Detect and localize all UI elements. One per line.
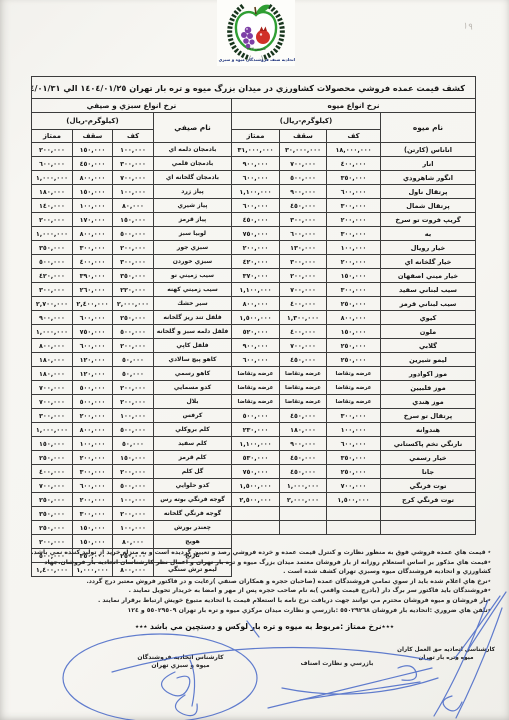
fruit-premium-cell: ٥٢٠,٠٠٠ bbox=[232, 325, 280, 339]
signature-label-sellers-union-expert: كارشناس اتحاديه فروشندگان ميوه و سبزي ته… bbox=[118, 654, 243, 670]
veg-name-cell: گوجه فرنگي گلخانه bbox=[154, 507, 232, 521]
fruit-floor-cell bbox=[327, 521, 381, 535]
fruit-premium-cell: ٥٠٠,٠٠٠ bbox=[232, 409, 280, 423]
veg-ceiling-cell: ٢,٤٠٠,٠٠٠ bbox=[73, 297, 113, 311]
veg-name-cell: كاهو رسمي bbox=[154, 367, 232, 381]
table-row: چغندر بورش١٠٠,٠٠٠١٥٠,٠٠٠٢٥٠,٠٠٠ bbox=[31, 521, 475, 535]
veg-name-cell: كلم بروكلي bbox=[154, 423, 232, 437]
fruit-floor-cell: ٢٥٠,٠٠٠ bbox=[327, 465, 381, 479]
veg-floor-cell: ١٠٠,٠٠٠ bbox=[113, 493, 154, 507]
fruit-name-cell: موز فلبيين bbox=[381, 381, 476, 395]
fruit-floor-cell: ٢٥٠,٠٠٠ bbox=[327, 353, 381, 367]
table-row: پرتقال ناول٦٠٠,٠٠٠٩٠٠,٠٠٠١,١٠٠,٠٠٠پياز ز… bbox=[31, 185, 475, 199]
veg-floor-cell: ٢٠٠,٠٠٠ bbox=[113, 381, 154, 395]
fruit-name-cell: پرتقال ناول bbox=[381, 185, 476, 199]
fruit-floor-cell: ٣٥٠,٠٠٠ bbox=[327, 451, 381, 465]
veg-name-cell: بادمجان گلخانه اي bbox=[154, 171, 232, 185]
fruit-premium-cell: ١,٥٠٠,٠٠٠ bbox=[232, 311, 280, 325]
fruit-premium-cell: عرضه وتقاضا bbox=[232, 395, 280, 409]
veg-name-cell: كرفس bbox=[154, 409, 232, 423]
table-row: گوجه فرنگي گلخانه٢٠٠,٠٠٠٣٠٠,٠٠٠٣٥٠,٠٠٠ bbox=[31, 507, 475, 521]
veg-floor-cell: ٢٠٠,٠٠٠ bbox=[113, 395, 154, 409]
veg-ceiling-header: سقف bbox=[73, 130, 113, 143]
veg-name-cell: فلفل تند ريز گلخانه bbox=[154, 311, 232, 325]
fruit-ceiling-cell: ٧٠٠,٠٠٠ bbox=[280, 157, 327, 171]
fruit-premium-cell: ٤٥٠,٠٠٠ bbox=[232, 213, 280, 227]
veg-premium-cell: ١,٠٠٠,٠٠٠ bbox=[31, 227, 72, 241]
veg-ceiling-cell: ٦٠٠,٠٠٠ bbox=[73, 339, 113, 353]
fruit-name-cell: انار bbox=[381, 157, 476, 171]
table-row: موز هنديعرضه وتقاضاعرضه وتقاضاعرضه وتقاض… bbox=[31, 395, 475, 409]
fruit-premium-cell: ٧٥٠,٠٠٠ bbox=[232, 227, 280, 241]
fruit-premium-header: ممتاز bbox=[232, 130, 280, 143]
veg-ceiling-cell: ١٥٠,٠٠٠ bbox=[73, 535, 113, 549]
fruit-premium-cell: ١,١٠٠,٠٠٠ bbox=[232, 185, 280, 199]
signature-label-commission-agents-union: كارشناسي اتحاديه حق العمل كاران ميوه وتر… bbox=[392, 646, 500, 662]
veg-premium-cell: ١٨٠,٠٠٠ bbox=[31, 185, 72, 199]
fruit-name-cell: انگور شاهرودي bbox=[381, 171, 476, 185]
footnote-line: ٭تلفن هاي ضروري :اتحاديه بار فروشان ٥٥٠٢… bbox=[14, 606, 491, 616]
veg-floor-cell: ٥٠٠,٠٠٠ bbox=[113, 227, 154, 241]
fruit-premium-cell: ٢٠٠,٠٠٠ bbox=[232, 241, 280, 255]
fruit-ceiling-cell: ٤٠٠,٠٠٠ bbox=[280, 297, 327, 311]
veg-premium-cell: ١٨٠,٠٠٠ bbox=[31, 353, 72, 367]
veg-ceiling-cell: ٤٥٠,٠٠٠ bbox=[73, 157, 113, 171]
veg-premium-cell: ٤٢٠,٠٠٠ bbox=[31, 269, 72, 283]
veg-ceiling-cell: ١٢٠,٠٠٠ bbox=[73, 367, 113, 381]
fruit-premium-cell: ١,١٠٠,٠٠٠ bbox=[232, 437, 280, 451]
veg-floor-cell: ٧٠٠,٠٠٠ bbox=[113, 171, 154, 185]
veg-floor-cell: ١٠٠,٠٠٠ bbox=[113, 521, 154, 535]
veg-floor-cell: ١٠٠,٠٠٠ bbox=[113, 185, 154, 199]
veg-ceiling-cell: ١٢٠,٠٠٠ bbox=[73, 353, 113, 367]
table-row: خيار رسمي٣٥٠,٠٠٠٤٥٠,٠٠٠٥٣٠,٠٠٠كلم قرمز١٥… bbox=[31, 451, 475, 465]
fruit-ceiling-cell bbox=[280, 507, 327, 521]
fruit-floor-cell: ٤٠٠,٠٠٠ bbox=[327, 157, 381, 171]
fruit-floor-cell: ٨٠٠,٠٠٠ bbox=[327, 311, 381, 325]
fruit-ceiling-cell: ٤٥٠,٠٠٠ bbox=[280, 353, 327, 367]
fruit-premium-cell: ٣١,٠٠٠,٠٠٠ bbox=[232, 143, 280, 157]
signature-label-line: ميوه و سبزي تهران bbox=[118, 662, 243, 670]
veg-premium-cell: ١,٠٠٠,٠٠٠ bbox=[31, 423, 72, 437]
veg-name-cell: گل كلم bbox=[154, 465, 232, 479]
table-row: پرتقال تو سرخ٣٠٠,٠٠٠٤٥٠,٠٠٠٥٠٠,٠٠٠كرفس١٠… bbox=[31, 409, 475, 423]
veg-section-header: نرخ انواع سبزي و صيفي bbox=[31, 99, 231, 113]
veg-name-cell: فلفل كاپي bbox=[154, 339, 232, 353]
veg-floor-cell: ٢,٠٠٠,٠٠٠ bbox=[113, 297, 154, 311]
fruit-name-cell: اناناس (كارتن) bbox=[381, 143, 476, 157]
fruit-floor-cell: ١٠٠,٠٠٠ bbox=[327, 241, 381, 255]
logo-established-text: تاسيس ١٣٢٣ bbox=[217, 47, 295, 51]
veg-name-cell: سيب زميني كهنه bbox=[154, 283, 232, 297]
fruit-floor-cell: ٦٠٠,٠٠٠ bbox=[327, 185, 381, 199]
veg-unit-header: (كيلوگرم-ريال) bbox=[31, 113, 153, 130]
fruit-premium-cell: ٢٣٠,٠٠٠ bbox=[232, 423, 280, 437]
fruit-ceiling-cell: ٤٥٠,٠٠٠ bbox=[280, 409, 327, 423]
veg-premium-cell: ٢,٧٠٠,٠٠٠ bbox=[31, 297, 72, 311]
signature-label-line: ميوه وتره بار تهران bbox=[392, 654, 500, 662]
table-row: موز اكوادورعرضه وتقاضاعرضه وتقاضاعرضه وت… bbox=[31, 367, 475, 381]
veg-name-cell: پياز قرمز bbox=[154, 213, 232, 227]
veg-name-cell: بادمجان قلمي bbox=[154, 157, 232, 171]
logo-org-name: اتحاديه صنف فروشندگان ميوه و سبزي تهران bbox=[217, 57, 295, 62]
veg-name-cell: بلال bbox=[154, 395, 232, 409]
veg-premium-cell: ٢٥٠,٠٠٠ bbox=[31, 493, 72, 507]
veg-premium-cell: ٥٠٠,٠٠٠ bbox=[31, 255, 72, 269]
veg-premium-cell: ٦٠٠,٠٠٠ bbox=[31, 157, 72, 171]
fruit-name-cell: موز اكوادور bbox=[381, 367, 476, 381]
premium-rate-note: ٭٭٭نرخ ممتاز :مربوط به ميوه و تره بار لو… bbox=[90, 622, 439, 631]
veg-name-cell: فلفل دلمه سبز و گلخانه bbox=[154, 325, 232, 339]
veg-name-cell: چغندر بورش bbox=[154, 521, 232, 535]
veg-ceiling-cell: ١٠٠,٠٠٠ bbox=[73, 199, 113, 213]
fruit-name-cell: هندوانه bbox=[381, 423, 476, 437]
veg-premium-cell: ٧٠٠,٠٠٠ bbox=[31, 395, 72, 409]
veg-ceiling-cell: ٨٠٠,٠٠٠ bbox=[73, 171, 113, 185]
veg-floor-cell: ٢٠٠,٠٠٠ bbox=[113, 241, 154, 255]
veg-ceiling-cell: ١٠٠,٠٠٠ bbox=[73, 437, 113, 451]
fruit-name-cell: خيار ميني اصفهان bbox=[381, 269, 476, 283]
handwritten-page-number: ١٩ bbox=[447, 19, 488, 34]
fruit-premium-cell bbox=[232, 521, 280, 535]
veg-ceiling-cell: ٢٠٠,٠٠٠ bbox=[73, 409, 113, 423]
veg-premium-cell: ٢٠٠,٠٠٠ bbox=[31, 143, 72, 157]
fruit-floor-cell: ٧٠٠,٠٠٠ bbox=[327, 479, 381, 493]
veg-floor-cell: ٣٠٠,٠٠٠ bbox=[113, 255, 154, 269]
fruit-floor-cell: ٣٠٠,٠٠٠ bbox=[327, 283, 381, 297]
table-row: هويج٨٠,٠٠٠١٥٠,٠٠٠٢٠٠,٠٠٠ bbox=[31, 535, 475, 549]
fruit-name-cell: ملون bbox=[381, 325, 476, 339]
veg-name-cell: سبزي خوردن bbox=[154, 255, 232, 269]
veg-floor-cell: ٢٠٠,٠٠٠ bbox=[113, 339, 154, 353]
fruit-premium-cell: ٢,٥٠٠,٠٠٠ bbox=[232, 493, 280, 507]
veg-floor-cell: ٨٠,٠٠٠ bbox=[113, 199, 154, 213]
table-title: كشف قيمت عمده فروشي محصولات كشاورزي در م… bbox=[31, 77, 475, 99]
veg-premium-cell: ٢٥٠,٠٠٠ bbox=[31, 521, 72, 535]
veg-floor-cell: ٥٠٠,٠٠٠ bbox=[113, 325, 154, 339]
fruit-floor-cell: ٣٥٠,٠٠٠ bbox=[327, 171, 381, 185]
fruit-ceiling-cell: ٢٠٠,٠٠٠ bbox=[280, 269, 327, 283]
veg-ceiling-cell: ٣٠٠,٠٠٠ bbox=[73, 241, 113, 255]
table-row: به٣٠٠,٠٠٠٦٠٠,٠٠٠٧٥٠,٠٠٠لوبيا سبز٥٠٠,٠٠٠٨… bbox=[31, 227, 475, 241]
fruit-name-cell: به bbox=[381, 227, 476, 241]
price-table: كشف قيمت عمده فروشي محصولات كشاورزي در م… bbox=[31, 76, 476, 577]
veg-name-cell: پياز شيري bbox=[154, 199, 232, 213]
fruit-premium-cell: عرضه وتقاضا bbox=[232, 381, 280, 395]
veg-floor-cell: ٥٠,٠٠٠ bbox=[113, 437, 154, 451]
veg-floor-cell: ١٥٠,٠٠٠ bbox=[113, 451, 154, 465]
footnote-line: ٭ قيمت هاي عمده فروشي فوق به منظور نظارت… bbox=[14, 548, 491, 558]
fruit-floor-cell: ٣٠٠,٠٠٠ bbox=[327, 199, 381, 213]
fruit-floor-cell: ٣٠٠,٠٠٠ bbox=[327, 227, 381, 241]
fruit-ceiling-cell: ٤٥٠,٠٠٠ bbox=[280, 451, 327, 465]
table-row: گلابي٢٥٠,٠٠٠٧٠٠,٠٠٠٩٠٠,٠٠٠فلفل كاپي٢٠٠,٠… bbox=[31, 339, 475, 353]
table-row: پرتقال شمال٣٠٠,٠٠٠٤٥٠,٠٠٠٦٠٠,٠٠٠پياز شير… bbox=[31, 199, 475, 213]
fruit-name-cell: گلابي bbox=[381, 339, 476, 353]
veg-premium-cell: ٣٠٠,٠٠٠ bbox=[31, 409, 72, 423]
veg-ceiling-cell: ٧٥٠,٠٠٠ bbox=[73, 325, 113, 339]
fruit-floor-header: كف bbox=[327, 130, 381, 143]
fruit-ceiling-cell: ٩٠٠,٠٠٠ bbox=[280, 437, 327, 451]
scanned-price-list-page: تاسيس ١٣٢٣ اتحاديه صنف فروشندگان ميوه و … bbox=[0, 0, 509, 720]
fruit-name-column-header: نام ميوه bbox=[381, 113, 476, 143]
veg-ceiling-cell: ٢٠٠,٠٠٠ bbox=[73, 493, 113, 507]
table-row: خيار ميني اصفهان١٥٠,٠٠٠٢٠٠,٠٠٠٣٧٠,٠٠٠سيب… bbox=[31, 269, 475, 283]
table-row: خيار گلخانه اي٢٠٠,٠٠٠٣٠٠,٠٠٠٤٢٠,٠٠٠سبزي … bbox=[31, 255, 475, 269]
fruit-ceiling-cell bbox=[280, 521, 327, 535]
fruit-name-cell: سيب لبناني قرمز bbox=[381, 297, 476, 311]
fruit-ceiling-cell: ٣٠٠,٠٠٠ bbox=[280, 255, 327, 269]
veg-name-cell: پياز زرد bbox=[154, 185, 232, 199]
fruit-premium-cell: ٥٣٠,٠٠٠ bbox=[232, 451, 280, 465]
fruit-floor-cell: ١٨,٠٠٠,٠٠٠ bbox=[327, 143, 381, 157]
fruit-premium-cell: عرضه وتقاضا bbox=[232, 367, 280, 381]
fruit-ceiling-cell: ٤٥٠,٠٠٠ bbox=[280, 465, 327, 479]
veg-ceiling-cell: ١٧٠,٠٠٠ bbox=[73, 213, 113, 227]
fruit-ceiling-cell: ٤٠٠,٠٠٠ bbox=[280, 325, 327, 339]
table-row: جانا٢٥٠,٠٠٠٤٥٠,٠٠٠٧٥٠,٠٠٠گل كلم٢٠٠,٠٠٠٣٠… bbox=[31, 465, 475, 479]
fruit-ceiling-cell: ١٨٠,٠٠٠ bbox=[280, 423, 327, 437]
fruit-floor-cell: ٢٥٠,٠٠٠ bbox=[327, 339, 381, 353]
fruit-floor-cell: ١٥٠,٠٠٠ bbox=[327, 269, 381, 283]
fruit-side-absent bbox=[232, 535, 476, 549]
signature-label-guild-inspection: بازرسي و نظارت اصناف bbox=[282, 660, 392, 668]
fruit-premium-cell: ٤٢٠,٠٠٠ bbox=[232, 255, 280, 269]
veg-premium-cell: ١,٠٠٠,٠٠٠ bbox=[31, 171, 72, 185]
veg-name-cell: سيب زميني نو bbox=[154, 269, 232, 283]
fruit-floor-cell: ١٥٠,٠٠٠ bbox=[327, 325, 381, 339]
veg-name-cell: كلم سفيد bbox=[154, 437, 232, 451]
veg-premium-cell: ٣٥٠,٠٠٠ bbox=[31, 241, 72, 255]
veg-name-cell: بادمجان دلمه اي bbox=[154, 143, 232, 157]
veg-name-cell: كدو حلوايي bbox=[154, 479, 232, 493]
fruit-ceiling-cell: ١,٣٠٠,٠٠٠ bbox=[280, 311, 327, 325]
footnotes-block: ٭ قيمت هاي عمده فروشي فوق به منظور نظارت… bbox=[14, 548, 491, 615]
veg-ceiling-cell: ١٥٠,٠٠٠ bbox=[73, 143, 113, 157]
price-table-container: كشف قيمت عمده فروشي محصولات كشاورزي در م… bbox=[32, 76, 476, 577]
fruit-name-cell bbox=[381, 521, 476, 535]
fruit-ceiling-header: سقف bbox=[280, 130, 327, 143]
veg-premium-cell: ١٨٠,٠٠٠ bbox=[31, 367, 72, 381]
fruit-floor-cell: عرضه وتقاضا bbox=[327, 395, 381, 409]
veg-name-cell: هويج bbox=[154, 535, 232, 549]
fruit-name-cell: كيوي bbox=[381, 311, 476, 325]
veg-premium-cell: ٢٠٠,٠٠٠ bbox=[31, 213, 72, 227]
table-row: نارنگي تخم پاكستاني٦٠٠,٠٠٠٩٠٠,٠٠٠١,١٠٠,٠… bbox=[31, 437, 475, 451]
veg-floor-cell: ٥٠٠,٠٠٠ bbox=[113, 423, 154, 437]
fruit-name-cell: خيار رسمي bbox=[381, 451, 476, 465]
table-row: موز فلبيينعرضه وتقاضاعرضه وتقاضاعرضه وتق… bbox=[31, 381, 475, 395]
fruit-name-cell: ليمو شيرين bbox=[381, 353, 476, 367]
veg-premium-cell: ٢٠٠,٠٠٠ bbox=[31, 535, 72, 549]
footnote-line: ٭فروشندگان بايد فاكتور سر برگ دار (بادرج… bbox=[14, 586, 491, 596]
veg-floor-cell: ١٠٠,٠٠٠ bbox=[113, 143, 154, 157]
veg-floor-cell: ٥٠,٠٠٠ bbox=[113, 353, 154, 367]
veg-ceiling-cell: ١٥٠,٠٠٠ bbox=[73, 521, 113, 535]
veg-ceiling-cell: ٢٦٠,٠٠٠ bbox=[73, 283, 113, 297]
fruit-premium-cell: ٧٥٠,٠٠٠ bbox=[232, 465, 280, 479]
veg-ceiling-cell: ٥٠٠,٠٠٠ bbox=[73, 395, 113, 409]
veg-floor-cell: ٣٠٠,٠٠٠ bbox=[113, 157, 154, 171]
signature-label-line: كارشناس اتحاديه فروشندگان bbox=[118, 654, 243, 662]
fruit-floor-cell: عرضه وتقاضا bbox=[327, 367, 381, 381]
veg-name-cell: لوبيا سبز bbox=[154, 227, 232, 241]
fruit-section-header: نرخ انواع ميوه bbox=[232, 99, 476, 113]
fruit-floor-cell bbox=[327, 507, 381, 521]
veg-premium-cell: ٢٥٠,٠٠٠ bbox=[31, 451, 72, 465]
veg-floor-cell: ٣٥٠,٠٠٠ bbox=[113, 269, 154, 283]
veg-floor-cell: ٢٥٠,٠٠٠ bbox=[113, 311, 154, 325]
fruit-name-cell: توت فرنگي كرج bbox=[381, 493, 476, 507]
table-row: گريپ فروت تو سرخ٢٠٠,٠٠٠٣٠٠,٠٠٠٤٥٠,٠٠٠پيا… bbox=[31, 213, 475, 227]
veg-name-cell: كدو مسمايي bbox=[154, 381, 232, 395]
fruit-premium-cell bbox=[232, 507, 280, 521]
veg-floor-cell: ٢٠٠,٠٠٠ bbox=[113, 507, 154, 521]
table-row: انار٤٠٠,٠٠٠٧٠٠,٠٠٠٩٠٠,٠٠٠بادمجان قلمي٣٠٠… bbox=[31, 157, 475, 171]
fruit-ceiling-cell: ٢,٠٠٠,٠٠٠ bbox=[280, 493, 327, 507]
veg-floor-cell: ٥٠,٠٠٠ bbox=[113, 367, 154, 381]
fruit-premium-cell: ١,٥٠٠,٠٠٠ bbox=[232, 479, 280, 493]
fruit-name-cell: پرتقال شمال bbox=[381, 199, 476, 213]
fruit-premium-cell: ٦٠٠,٠٠٠ bbox=[232, 199, 280, 213]
veg-name-cell: گوجه فرنگي بوته رس bbox=[154, 493, 232, 507]
veg-ceiling-cell: ٥٠٠,٠٠٠ bbox=[73, 381, 113, 395]
fruit-name-cell: گريپ فروت تو سرخ bbox=[381, 213, 476, 227]
fruit-name-cell: سيب لبناني سفيد bbox=[381, 283, 476, 297]
fruit-premium-cell: ٩٠٠,٠٠٠ bbox=[232, 339, 280, 353]
fruit-premium-cell: ٣٧٠,٠٠٠ bbox=[232, 269, 280, 283]
fruit-ceiling-cell: عرضه وتقاضا bbox=[280, 367, 327, 381]
veg-floor-cell: ١٠٠,٠٠٠ bbox=[113, 409, 154, 423]
veg-premium-cell: ٩٠٠,٠٠٠ bbox=[31, 311, 72, 325]
fruit-ceiling-cell: عرضه وتقاضا bbox=[280, 395, 327, 409]
fruit-name-cell bbox=[381, 507, 476, 521]
fruit-ceiling-cell: ٣٠,٠٠٠,٠٠٠ bbox=[280, 143, 327, 157]
fruit-name-cell: موز هندي bbox=[381, 395, 476, 409]
veg-ceiling-cell: ٨٠٠,٠٠٠ bbox=[73, 423, 113, 437]
fruit-name-cell: خيار گلخانه اي bbox=[381, 255, 476, 269]
table-row: سيب لبناني سفيد٣٠٠,٠٠٠٧٠٠,٠٠٠١,١٠٠,٠٠٠سي… bbox=[31, 283, 475, 297]
table-row: كيوي٨٠٠,٠٠٠١,٣٠٠,٠٠٠١,٥٠٠,٠٠٠فلفل تند ري… bbox=[31, 311, 475, 325]
fruit-ceiling-cell: ٧٠٠,٠٠٠ bbox=[280, 339, 327, 353]
fruit-ceiling-cell: ٥٠٠,٠٠٠ bbox=[280, 171, 327, 185]
fruit-ceiling-cell: ٤٥٠,٠٠٠ bbox=[280, 199, 327, 213]
fruit-name-cell: توت فرنگي bbox=[381, 479, 476, 493]
table-row: ليمو شيرين٢٥٠,٠٠٠٤٥٠,٠٠٠٦٠٠,٠٠٠كاهو پيچ … bbox=[31, 353, 475, 367]
veg-name-cell: كاهو پيچ سالادي bbox=[154, 353, 232, 367]
table-row: خيار رويال١٠٠,٠٠٠١٣٠,٠٠٠٢٠٠,٠٠٠سبزي جور٢… bbox=[31, 241, 475, 255]
veg-premium-cell: ٨٠٠,٠٠٠ bbox=[31, 339, 72, 353]
veg-floor-cell: ٥٠٠,٠٠٠ bbox=[113, 479, 154, 493]
table-row: اناناس (كارتن)١٨,٠٠٠,٠٠٠٣٠,٠٠٠,٠٠٠٣١,٠٠٠… bbox=[31, 143, 475, 157]
fruit-premium-cell: ٦٠٠,٠٠٠ bbox=[232, 171, 280, 185]
fruit-floor-cell: ٢٠٠,٠٠٠ bbox=[327, 255, 381, 269]
fruit-ceiling-cell: ٧٠٠,٠٠٠ bbox=[280, 283, 327, 297]
fruit-name-cell: خيار رويال bbox=[381, 241, 476, 255]
table-row: هندوانه١٠٠,٠٠٠١٨٠,٠٠٠٢٣٠,٠٠٠كلم بروكلي٥٠… bbox=[31, 423, 475, 437]
fruit-ceiling-cell: ٩٠٠,٠٠٠ bbox=[280, 185, 327, 199]
veg-floor-cell: ٢٠٠,٠٠٠ bbox=[113, 465, 154, 479]
fruit-premium-cell: ٩٠٠,٠٠٠ bbox=[232, 157, 280, 171]
veg-name-column-header: نام صيفي bbox=[154, 113, 232, 143]
fruit-floor-cell: ١,٥٠٠,٠٠٠ bbox=[327, 493, 381, 507]
veg-ceiling-cell: ٤٠٠,٠٠٠ bbox=[73, 255, 113, 269]
table-row: سيب لبناني قرمز٢٥٠,٠٠٠٤٠٠,٠٠٠٨٠٠,٠٠٠سير … bbox=[31, 297, 475, 311]
fruit-floor-cell: ٢٠٠,٠٠٠ bbox=[327, 213, 381, 227]
table-row: انگور شاهرودي٣٥٠,٠٠٠٥٠٠,٠٠٠٦٠٠,٠٠٠بادمجا… bbox=[31, 171, 475, 185]
footnote-line: ٭بار فروشان و ميوه فروشان محترم مي توانن… bbox=[14, 596, 491, 606]
veg-premium-cell: ١,٠٠٠,٠٠٠ bbox=[31, 325, 72, 339]
union-logo: تاسيس ١٣٢٣ اتحاديه صنف فروشندگان ميوه و … bbox=[217, 0, 295, 66]
fruit-ceiling-cell: ٣٠٠,٠٠٠ bbox=[280, 213, 327, 227]
veg-premium-cell: ١٤٠,٠٠٠ bbox=[31, 199, 72, 213]
fruit-floor-cell: ٣٠٠,٠٠٠ bbox=[327, 409, 381, 423]
signature-label-line: كارشناسي اتحاديه حق العمل كاران bbox=[392, 646, 500, 654]
fruit-floor-cell: ٦٠٠,٠٠٠ bbox=[327, 437, 381, 451]
veg-floor-cell: ٨٠,٠٠٠ bbox=[113, 535, 154, 549]
veg-ceiling-cell: ٣٩٠,٠٠٠ bbox=[73, 269, 113, 283]
veg-premium-header: ممتاز bbox=[31, 130, 72, 143]
price-table-body: اناناس (كارتن)١٨,٠٠٠,٠٠٠٣٠,٠٠٠,٠٠٠٣١,٠٠٠… bbox=[31, 143, 475, 577]
footnote-line: ٭قيمت هاي مذكور بر اساس استعلام روزانه ا… bbox=[14, 558, 491, 577]
footnote-line: ٭نرخ هاي اعلام شده بايد از سوي تمامي فرو… bbox=[14, 577, 491, 587]
fruit-floor-cell: ٢٥٠,٠٠٠ bbox=[327, 297, 381, 311]
veg-premium-cell: ٣٥٠,٠٠٠ bbox=[31, 507, 72, 521]
veg-ceiling-cell: ٨٠٠,٠٠٠ bbox=[73, 227, 113, 241]
veg-premium-cell: ١٥٠,٠٠٠ bbox=[31, 437, 72, 451]
veg-ceiling-cell: ٢٠٠,٠٠٠ bbox=[73, 451, 113, 465]
veg-ceiling-cell: ٣٠٠,٠٠٠ bbox=[73, 507, 113, 521]
signature-label-line: بازرسي و نظارت اصناف bbox=[282, 660, 392, 668]
veg-premium-cell: ٣٠٠,٠٠٠ bbox=[31, 283, 72, 297]
table-row: توت فرنگي٧٠٠,٠٠٠١,٠٠٠,٠٠٠١,٥٠٠,٠٠٠كدو حل… bbox=[31, 479, 475, 493]
fruit-floor-cell: عرضه وتقاضا bbox=[327, 381, 381, 395]
fruit-ceiling-cell: ٦٠٠,٠٠٠ bbox=[280, 227, 327, 241]
veg-name-cell: سير خشك bbox=[154, 297, 232, 311]
veg-floor-header: كف bbox=[113, 130, 154, 143]
fruit-ceiling-cell: ١,٠٠٠,٠٠٠ bbox=[280, 479, 327, 493]
veg-name-cell: سبزي جور bbox=[154, 241, 232, 255]
fruit-floor-cell: ١٠٠,٠٠٠ bbox=[327, 423, 381, 437]
table-row: ملون١٥٠,٠٠٠٤٠٠,٠٠٠٥٢٠,٠٠٠فلفل دلمه سبز و… bbox=[31, 325, 475, 339]
veg-ceiling-cell: ٣٠٠,٠٠٠ bbox=[73, 465, 113, 479]
fruit-name-cell: پرتقال تو سرخ bbox=[381, 409, 476, 423]
veg-ceiling-cell: ١٥٠,٠٠٠ bbox=[73, 185, 113, 199]
veg-ceiling-cell: ٦٠٠,٠٠٠ bbox=[73, 311, 113, 325]
fruit-name-cell: نارنگي تخم پاكستاني bbox=[381, 437, 476, 451]
fruit-premium-cell: ١,١٠٠,٠٠٠ bbox=[232, 283, 280, 297]
veg-premium-cell: ٧٠٠,٠٠٠ bbox=[31, 479, 72, 493]
veg-ceiling-cell: ٦٠٠,٠٠٠ bbox=[73, 479, 113, 493]
veg-premium-cell: ٧٠٠,٠٠٠ bbox=[31, 381, 72, 395]
fruit-name-cell: جانا bbox=[381, 465, 476, 479]
veg-floor-cell: ٢٢٠,٠٠٠ bbox=[113, 283, 154, 297]
fruit-premium-cell: ٦٠٠,٠٠٠ bbox=[232, 353, 280, 367]
veg-floor-cell: ١٥٠,٠٠٠ bbox=[113, 213, 154, 227]
table-row: توت فرنگي كرج١,٥٠٠,٠٠٠٢,٠٠٠,٠٠٠٢,٥٠٠,٠٠٠… bbox=[31, 493, 475, 507]
fruit-ceiling-cell: عرضه وتقاضا bbox=[280, 381, 327, 395]
fruit-premium-cell: ٨٠٠,٠٠٠ bbox=[232, 297, 280, 311]
veg-premium-cell: ٤٠٠,٠٠٠ bbox=[31, 465, 72, 479]
fruit-unit-header: (كيلوگرم-ريال) bbox=[232, 113, 381, 130]
veg-name-cell: كلم قرمز bbox=[154, 451, 232, 465]
fruit-ceiling-cell: ١٣٠,٠٠٠ bbox=[280, 241, 327, 255]
